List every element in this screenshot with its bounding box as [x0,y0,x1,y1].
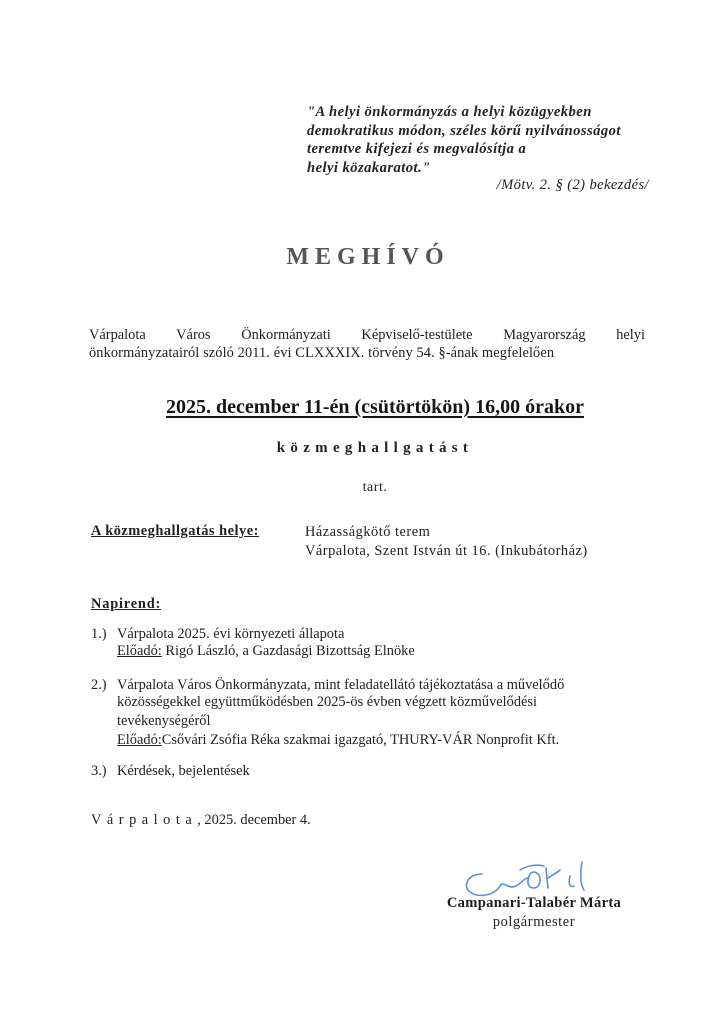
location-label: A közmeghallgatás helye: [91,523,259,540]
quote-line: helyi közakaratot." [307,159,621,178]
epigraph-quote: "A helyi önkormányzás a helyi közügyekbe… [307,103,621,177]
speaker-label: Előadó: [117,643,162,659]
closing-city: Várpalota [91,812,197,828]
agenda-heading: Napirend: [91,596,161,613]
intro-line: Várpalota Város Önkormányzati Képviselő-… [89,326,645,344]
signatory-role: polgármester [0,914,724,931]
agenda-item-number: 3.) [91,763,117,780]
speaker-label: Előadó: [117,732,162,748]
intro-line: önkormányzatairól szóló 2011. évi CLXXXI… [89,344,645,362]
agenda-item-number: 2.) [91,677,117,694]
quote-line: teremtve kifejezi és megvalósítja a [307,140,621,159]
event-type: közmeghallgatást [0,440,724,457]
agenda-item-text: Várpalota 2025. évi környezeti állapota [117,626,344,642]
quote-source: /Mötv. 2. § (2) bekezdés/ [0,177,649,194]
location-value: Házasságkötő terem Várpalota, Szent Istv… [305,523,588,561]
agenda-item-text: Várpalota Város Önkormányzata, mint fela… [117,677,564,693]
quote-line: "A helyi önkormányzás a helyi közügyekbe… [307,103,621,122]
agenda-item-number: 1.) [91,626,117,643]
quote-line: demokratikus módon, széles körű nyilváno… [307,122,621,141]
speaker-name: Csővári Zsófia Réka szakmai igazgató, TH… [162,732,559,748]
location-line: Házasságkötő terem [305,523,588,542]
agenda-item-3: 3.)Kérdések, bejelentések [91,763,250,780]
agenda-item-2: 2.)Várpalota Város Önkormányzata, mint f… [91,677,564,749]
intro-paragraph: Várpalota Város Önkormányzati Képviselő-… [89,326,645,362]
closing-date: , 2025. december 4. [197,812,311,828]
closing-place-date: Várpalota, 2025. december 4. [91,812,311,829]
speaker-name: Rigó László, a Gazdasági Bizottság Elnök… [162,643,415,659]
agenda-item-text: közösségekkel együttműködésben 2025-ös é… [91,694,564,711]
agenda-item-text: Kérdések, bejelentések [117,763,250,779]
document-title: MEGHÍVÓ [0,244,724,271]
location-line: Várpalota, Szent István út 16. (Inkubáto… [305,542,588,561]
signatory-name: Campanari-Talabér Márta [0,895,724,912]
event-verb: tart. [0,480,724,496]
event-datetime: 2025. december 11-én (csütörtökön) 16,00… [0,396,724,419]
agenda-item-1: 1.)Várpalota 2025. évi környezeti állapo… [91,626,415,660]
agenda-item-text: tevékenységéről [91,713,564,730]
